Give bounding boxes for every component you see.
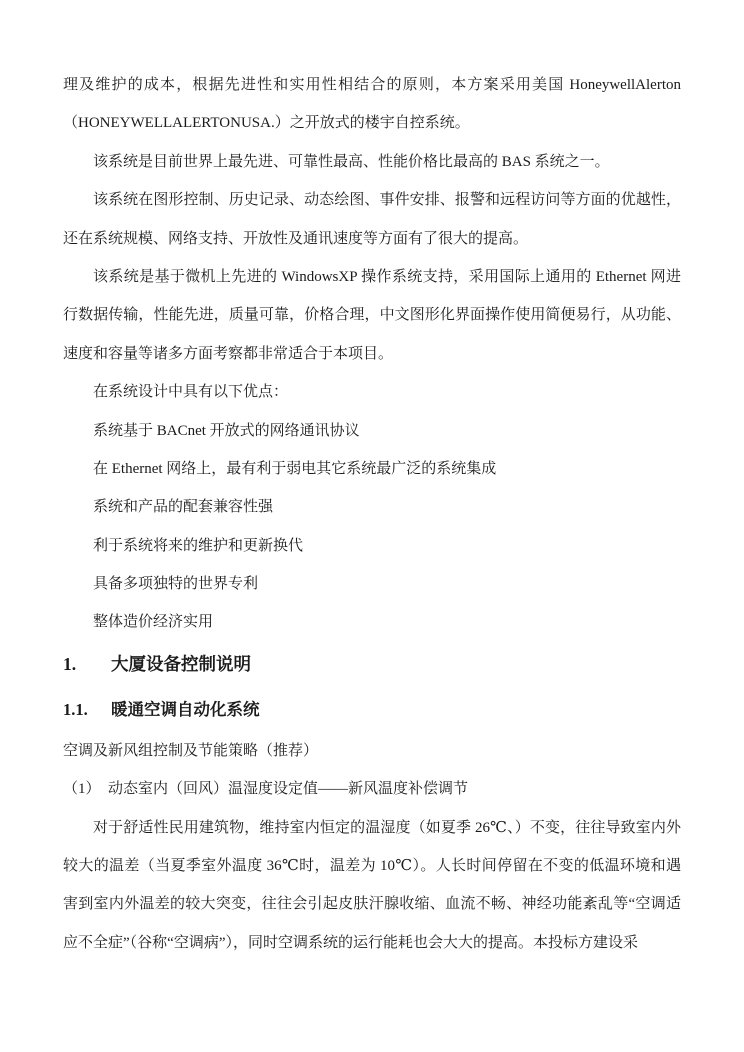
paragraph-line: 该系统是目前世界上最先进、可靠性最高、性能价格比最高的 BAS 系统之一。 xyxy=(63,143,681,181)
advantage-list-item: 系统基于 BACnet 开放式的网络通讯协议 xyxy=(63,412,681,450)
paragraph-line: 害到室内外温差的较大突变，往往会引起皮肤汗腺收缩、血流不畅、神经功能紊乱等“空调… xyxy=(63,885,681,923)
paragraph-line: 应不全症”（谷称“空调病”），同时空调系统的运行能耗也会大大的提高。本投标方建设… xyxy=(63,924,681,962)
document-page: 理及维护的成本，根据先进性和实用性相结合的原则，本方案采用美国 Honeywel… xyxy=(0,0,744,1052)
advantage-list-item: 整体造价经济实用 xyxy=(63,603,681,641)
heading-1-1-title: 暖通空调自动化系统 xyxy=(111,700,260,719)
paragraph-line: 行数据传输，性能先进，质量可靠，价格合理，中文图形化界面操作使用简便易行，从功能… xyxy=(63,296,681,334)
paragraph-line: 对于舒适性民用建筑物，维持室内恒定的温湿度（如夏季 26℃、）不变，往往导致室内… xyxy=(63,809,681,847)
paragraph-line: 空调及新风组控制及节能策略（推荐） xyxy=(63,732,681,770)
paragraph-line: 该系统是基于微机上先进的 WindowsXP 操作系统支持，采用国际上通用的 E… xyxy=(63,258,681,296)
paragraph-line: 在系统设计中具有以下优点： xyxy=(63,373,681,411)
paragraph-line: （HONEYWELLALERTONUSA.）之开放式的楼宇自控系统。 xyxy=(63,104,681,142)
heading-1-number: 1. xyxy=(63,642,111,687)
heading-1-1-number: 1.1. xyxy=(63,687,111,732)
section-heading-1-1: 1.1.暖通空调自动化系统 xyxy=(63,687,681,732)
advantage-list-item: 系统和产品的配套兼容性强 xyxy=(63,488,681,526)
paragraph-line: 速度和容量等诸多方面考察都非常适合于本项目。 xyxy=(63,335,681,373)
heading-1-title: 大厦设备控制说明 xyxy=(111,654,251,674)
advantage-list-item: 具备多项独特的世界专利 xyxy=(63,565,681,603)
section-heading-1: 1.大厦设备控制说明 xyxy=(63,642,681,687)
paragraph-line: 该系统在图形控制、历史记录、动态绘图、事件安排、报警和远程访问等方面的优越性， xyxy=(63,181,681,219)
paragraph-line: 较大的温差（当夏季室外温度 36℃时，温差为 10℃）。人长时间停留在不变的低温… xyxy=(63,847,681,885)
paragraph-line: 还在系统规模、网络支持、开放性及通讯速度等方面有了很大的提高。 xyxy=(63,220,681,258)
document-body: 理及维护的成本，根据先进性和实用性相结合的原则，本方案采用美国 Honeywel… xyxy=(63,66,681,962)
paragraph-line: （1） 动态室内（回风）温湿度设定值——新风温度补偿调节 xyxy=(63,770,681,808)
advantage-list-item: 在 Ethernet 网络上，最有利于弱电其它系统最广泛的系统集成 xyxy=(63,450,681,488)
advantage-list-item: 利于系统将来的维护和更新换代 xyxy=(63,527,681,565)
paragraph-line: 理及维护的成本，根据先进性和实用性相结合的原则，本方案采用美国 Honeywel… xyxy=(63,66,681,104)
